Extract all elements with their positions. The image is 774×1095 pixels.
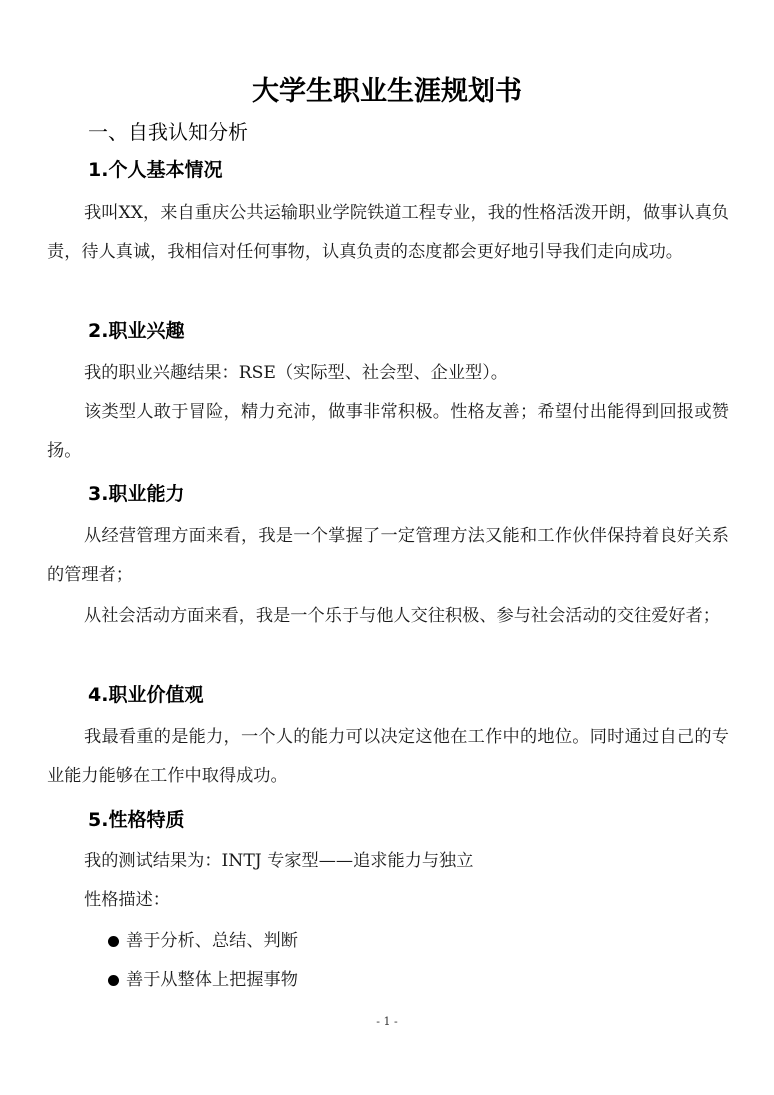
paragraph-ability-management: 从经营管理方面来看，我是一个掌握了一定管理方法又能和工作伙伴保持着良好关系的管理… bbox=[47, 517, 729, 594]
bullet-item: 善于从整体上把握事物 bbox=[108, 965, 298, 995]
section-heading: 一、自我认知分析 bbox=[88, 117, 248, 147]
paragraph-basic-info: 我叫XX，来自重庆公共运输职业学院铁道工程专业，我的性格活泼开朗，做事认真负责，… bbox=[47, 194, 729, 271]
bullet-text: 善于从整体上把握事物 bbox=[126, 965, 298, 995]
subsection-heading-basic-info: 1.个人基本情况 bbox=[88, 155, 222, 185]
paragraph-ability-social: 从社会活动方面来看，我是一个乐于与他人交往积极、参与社会活动的交往爱好者； bbox=[47, 597, 729, 636]
paragraph-interest-result: 我的职业兴趣结果：RSE（实际型、社会型、企业型）。 bbox=[47, 354, 729, 393]
bullet-item: 善于分析、总结、判断 bbox=[108, 926, 298, 956]
bullet-dot-icon bbox=[108, 936, 119, 947]
subsection-heading-career-ability: 3.职业能力 bbox=[88, 479, 184, 509]
document-page: 大学生职业生涯规划书 一、自我认知分析 1.个人基本情况 我叫XX，来自重庆公共… bbox=[0, 0, 774, 1095]
subsection-heading-career-values: 4.职业价值观 bbox=[88, 680, 203, 710]
subsection-heading-personality: 5.性格特质 bbox=[88, 805, 184, 835]
paragraph-interest-description: 该类型人敢于冒险，精力充沛，做事非常积极。性格友善；希望付出能得到回报或赞扬。 bbox=[47, 393, 729, 470]
subsection-heading-career-interest: 2.职业兴趣 bbox=[88, 316, 184, 346]
bullet-text: 善于分析、总结、判断 bbox=[126, 926, 298, 956]
bullet-dot-icon bbox=[108, 975, 119, 986]
paragraph-values: 我最看重的是能力，一个人的能力可以决定这他在工作中的地位。同时通过自己的专业能力… bbox=[47, 718, 729, 795]
page-number: - 1 - bbox=[0, 1014, 774, 1030]
paragraph-personality-result: 我的测试结果为：INTJ 专家型——追求能力与独立 bbox=[47, 842, 729, 881]
paragraph-personality-description-label: 性格描述： bbox=[47, 881, 729, 920]
document-title: 大学生职业生涯规划书 bbox=[0, 72, 774, 112]
